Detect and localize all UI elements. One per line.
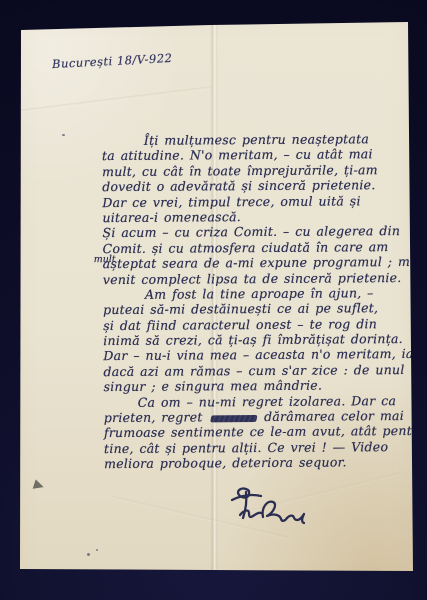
inserted-word-above-line: mult [94,252,116,268]
signature-flourish [226,482,310,530]
ink-speck [87,553,90,556]
letter-line: dacă azi am rămas – cum s'ar zice : de u… [103,362,415,380]
scribbled-out-word [210,415,257,422]
letter-line-pre: prieten, regret [104,409,209,425]
arrow-mark-icon: ▶ [32,478,46,493]
letter-paper: București 18/V-922 Îți mulțumesc pentru … [0,0,427,600]
photo-of-handwritten-letter: București 18/V-922 Îți mulțumesc pentru … [0,0,427,600]
letter-body: Îți mulțumesc pentru neașteptata ta atit… [102,131,416,472]
letter-line: meliora proboque, deteriora sequor. [104,454,416,472]
letter-line: așteptat seara de a-mi expune programul … [103,254,415,272]
letter-line: Și acum – cu criza Comit. – cu alegerea … [102,223,414,241]
letter-line: dovedit o adevărată și sinceră prietenie… [102,177,414,195]
fold-crease-diagonal [17,86,212,113]
letter-line-post: dărâmarea celor mai [258,408,404,424]
letter-date: București 18/V-922 [52,51,173,71]
ink-speck [62,134,65,136]
letter-line: tine, cât și pentru alții. Ce vrei ! — V… [104,439,416,457]
letter-line: puteai să-mi destăinuești ce ai pe sufle… [103,300,415,318]
ink-speck [96,549,98,551]
